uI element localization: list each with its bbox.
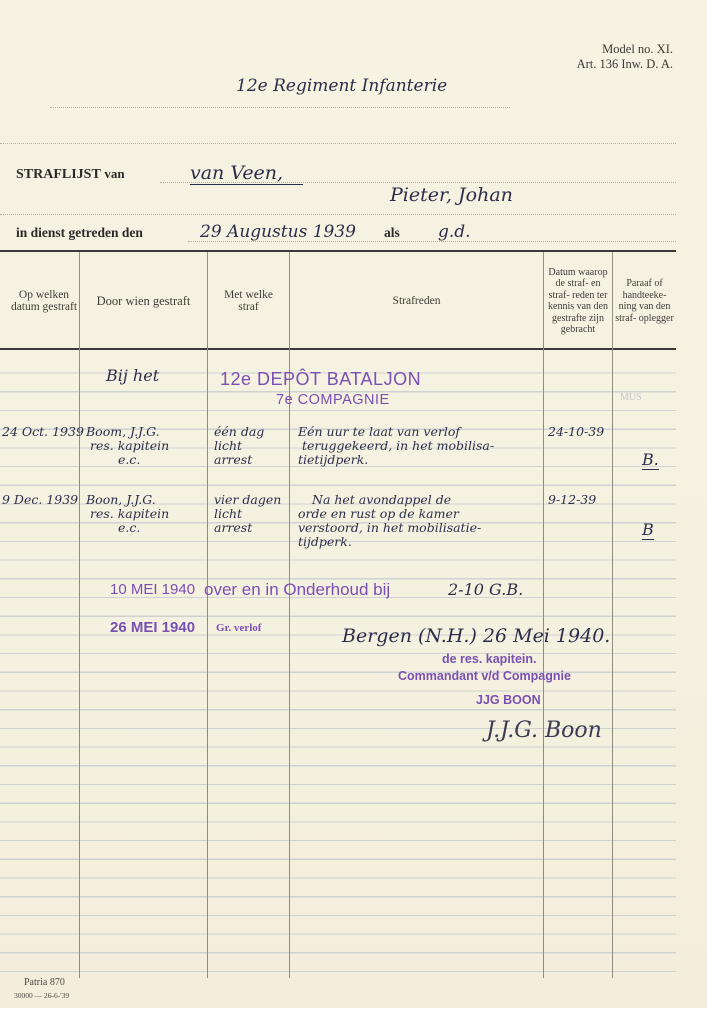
transfer-stamp-date: 10 MEI 1940 — [110, 581, 195, 598]
regiment-name: 12e Regiment Infanterie — [236, 76, 447, 96]
row1-by-line1: Boom, J.J.G. — [86, 424, 160, 439]
row1-notified-date: 24-10-39 — [548, 424, 604, 439]
transfer-handwritten-unit: 2-10 G.B. — [448, 580, 523, 599]
place-and-date: Bergen (N.H.) 26 Mei 1940. — [342, 625, 610, 647]
row1-punishment-line2: licht — [214, 438, 242, 453]
header-reason: Strafreden — [290, 256, 543, 346]
row1-reason-line3: tietijdperk. — [298, 452, 368, 467]
signature-stamp-name: JJG BOON — [476, 693, 541, 707]
header-initials: Paraaf of handteeke- ning van den straf-… — [613, 256, 676, 346]
row1-reason-line1: Eén uur te laat van verlof — [298, 424, 460, 439]
row2-by-line3: e.c. — [118, 520, 140, 535]
row2-date: 9 Dec. 1939 — [2, 492, 78, 507]
given-names: Pieter, Johan — [390, 184, 513, 206]
column-divider — [289, 252, 290, 978]
header-punished-by: Door wien gestraft — [80, 256, 207, 346]
model-reference: Model no. XI. Art. 136 Inw. D. A. — [577, 42, 673, 72]
row1-punishment-line3: arrest — [214, 452, 252, 467]
column-divider — [543, 252, 544, 978]
als-label: als — [384, 225, 400, 241]
row1-initials: B. — [642, 450, 659, 470]
signature: J.J.G. Boon — [486, 718, 602, 743]
printer-name: Patria 870 — [24, 976, 69, 989]
row2-reason-line3: verstoord, in het mobilisatie- — [298, 520, 481, 535]
surname: van Veen, — [190, 162, 303, 185]
header-date-punished: Op welken datum gestraft — [10, 256, 78, 346]
row1-reason-line2: teruggekeerd, in het mobilisa- — [302, 438, 494, 453]
transfer-stamp-text: over en in Onderhoud bij — [204, 580, 390, 600]
header-date-notified: Datum waarop de straf- en straf- reden t… — [544, 256, 612, 346]
van-label: van — [104, 166, 124, 181]
header-punishment: Met welke straf — [208, 256, 289, 346]
unit-stamp-company: 7e COMPAGNIE — [276, 392, 390, 408]
row2-reason-line1: Na het avondappel de — [312, 492, 451, 507]
column-divider — [612, 252, 613, 978]
signature-stamp-title: de res. kapitein. — [442, 652, 536, 666]
row2-reason-line4: tijdperk. — [298, 534, 352, 549]
faint-stamp: MUS — [620, 392, 642, 403]
straflijst-label-group: STRAFLIJST van — [16, 166, 125, 183]
print-run: 30000 — 26-6-'39 — [14, 989, 69, 1002]
row2-punishment-line1: vier dagen — [214, 492, 281, 507]
document-page: Model no. XI. Art. 136 Inw. D. A. 12e Re… — [0, 0, 707, 1024]
blank-dotted-line — [0, 143, 676, 144]
row2-punishment-line3: arrest — [214, 520, 252, 535]
article-reference: Art. 136 Inw. D. A. — [577, 57, 673, 72]
unit-handwritten: Bij het — [106, 366, 159, 385]
straflijst-title: STRAFLIJST — [16, 167, 101, 182]
row2-by-line1: Boon, J.J.G. — [86, 492, 156, 507]
row2-reason-line2: orde en rust op de kamer — [298, 506, 459, 521]
header-bottom-rule — [0, 348, 676, 350]
given-names-dotted-line — [0, 214, 676, 215]
scan-margin — [0, 1008, 707, 1024]
unit-stamp-battalion: 12e DEPÔT BATALJON — [220, 369, 421, 390]
in-dienst-label: in dienst getreden den — [16, 225, 143, 241]
row1-date: 24 Oct. 1939 — [2, 424, 84, 439]
row1-punishment-line1: één dag — [214, 424, 264, 439]
entry-date: 29 Augustus 1939 — [200, 222, 356, 242]
row2-initials: B — [642, 520, 654, 540]
column-divider — [79, 252, 80, 978]
row1-by-line2: res. kapitein — [90, 438, 169, 453]
row1-by-line3: e.c. — [118, 452, 140, 467]
regiment-dotted-line — [50, 107, 510, 108]
signature-stamp-role: Commandant v/d Compagnie — [398, 669, 571, 683]
row2-by-line2: res. kapitein — [90, 506, 169, 521]
printer-footer: Patria 870 30000 — 26-6-'39 — [24, 976, 69, 1002]
model-number: Model no. XI. — [577, 42, 673, 57]
table-top-rule — [0, 250, 676, 252]
leave-stamp-text: Gr. verlof — [216, 622, 261, 634]
rank: g.d. — [438, 222, 471, 242]
row2-notified-date: 9-12-39 — [548, 492, 596, 507]
row2-punishment-line2: licht — [214, 506, 242, 521]
column-divider — [207, 252, 208, 978]
leave-stamp-date: 26 MEI 1940 — [110, 619, 195, 636]
